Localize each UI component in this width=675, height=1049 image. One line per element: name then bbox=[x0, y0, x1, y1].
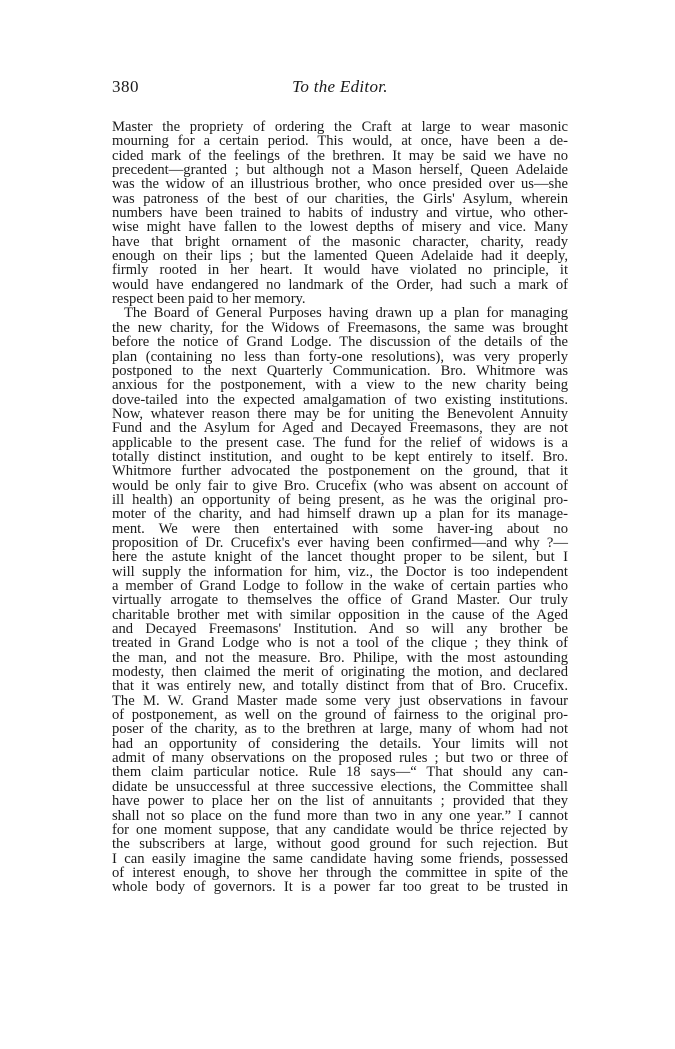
text-line: charitable brother met with similar oppo… bbox=[112, 608, 568, 622]
text-line: totally distinct institution, and ought … bbox=[112, 450, 568, 464]
text-line: proposition of Dr. Crucefix's ever havin… bbox=[112, 536, 568, 550]
text-line: would be only fair to give Bro. Crucefix… bbox=[112, 479, 568, 493]
text-line: had an opportunity of considering the de… bbox=[112, 737, 568, 751]
text-line: firmly rooted in her heart. It would hav… bbox=[112, 263, 568, 277]
text-line: and Decayed Freemasons' Institution. And… bbox=[112, 622, 568, 636]
text-line: didate be unsuccessful at three successi… bbox=[112, 780, 568, 794]
text-line: ill health) an opportunity of being pres… bbox=[112, 493, 568, 507]
text-line: them claim particular notice. Rule 18 sa… bbox=[112, 765, 568, 779]
text-line: here the astute knight of the lancet tho… bbox=[112, 550, 568, 564]
text-line: numbers have been trained to habits of i… bbox=[112, 206, 568, 220]
body-text: Master the propriety of ordering the Cra… bbox=[112, 120, 568, 895]
text-line: was the widow of an illustrious brother,… bbox=[112, 177, 568, 191]
text-line: have that bright ornament of the masonic… bbox=[112, 235, 568, 249]
text-line: ment. We were then entertained with some… bbox=[112, 522, 568, 536]
text-line: dove-tailed into the expected amalgamati… bbox=[112, 393, 568, 407]
text-line: modesty, then claimed the merit of origi… bbox=[112, 665, 568, 679]
text-line: moter of the charity, and had himself dr… bbox=[112, 507, 568, 521]
text-line: the subscribers at large, without good g… bbox=[112, 837, 568, 851]
text-line: of postponement, as well on the ground o… bbox=[112, 708, 568, 722]
text-line: Now, whatever reason there may be for un… bbox=[112, 407, 568, 421]
text-line: cided mark of the feelings of the brethr… bbox=[112, 149, 568, 163]
text-line: was patroness of the best of our chariti… bbox=[112, 192, 568, 206]
text-line: wise might have fallen to the lowest dep… bbox=[112, 220, 568, 234]
text-line: anxious for the postponement, with a vie… bbox=[112, 378, 568, 392]
text-line: applicable to the present case. The fund… bbox=[112, 436, 568, 450]
text-line: have power to place her on the list of a… bbox=[112, 794, 568, 808]
text-line: Fund and the Asylum for Aged and Decayed… bbox=[112, 421, 568, 435]
text-line: Master the propriety of ordering the Cra… bbox=[112, 120, 568, 134]
text-line: the man, and not the measure. Bro. Phili… bbox=[112, 651, 568, 665]
text-line: Whitmore further advocated the postponem… bbox=[112, 464, 568, 478]
running-head: 380 To the Editor. bbox=[112, 77, 568, 99]
text-line: virtually arrogate to themselves the off… bbox=[112, 593, 568, 607]
text-line: plan (containing no less than forty-one … bbox=[112, 350, 568, 364]
text-line: whole body of governors. It is a power f… bbox=[112, 880, 568, 894]
text-line: that it was entirely new, and totally di… bbox=[112, 679, 568, 693]
text-line: mourning for a certain period. This woul… bbox=[112, 134, 568, 148]
text-line: The Board of General Purposes having dra… bbox=[112, 306, 568, 320]
text-line: the new charity, for the Widows of Freem… bbox=[112, 321, 568, 335]
text-line: a member of Grand Lodge to follow in the… bbox=[112, 579, 568, 593]
text-line: I can easily imagine the same candidate … bbox=[112, 852, 568, 866]
text-line: The M. W. Grand Master made some very ju… bbox=[112, 694, 568, 708]
running-head-title: To the Editor. bbox=[112, 77, 568, 97]
text-line: before the notice of Grand Lodge. The di… bbox=[112, 335, 568, 349]
text-line: for one moment suppose, that any candida… bbox=[112, 823, 568, 837]
text-line: of interest enough, to shove her through… bbox=[112, 866, 568, 880]
text-line: enough on their lips ; but the lamented … bbox=[112, 249, 568, 263]
text-line: respect been paid to her memory. bbox=[112, 292, 568, 306]
text-line: would have endangered no landmark of the… bbox=[112, 278, 568, 292]
text-line: admit of many observations on the propos… bbox=[112, 751, 568, 765]
text-line: postponed to the next Quarterly Communic… bbox=[112, 364, 568, 378]
document-page: 380 To the Editor. Master the propriety … bbox=[0, 0, 675, 1049]
text-line: will supply the information for him, viz… bbox=[112, 565, 568, 579]
text-line: shall not so place on the fund more than… bbox=[112, 809, 568, 823]
text-line: poser of the charity, as to the brethren… bbox=[112, 722, 568, 736]
text-line: precedent—granted ; but although not a M… bbox=[112, 163, 568, 177]
text-line: treated in Grand Lodge who is not a tool… bbox=[112, 636, 568, 650]
